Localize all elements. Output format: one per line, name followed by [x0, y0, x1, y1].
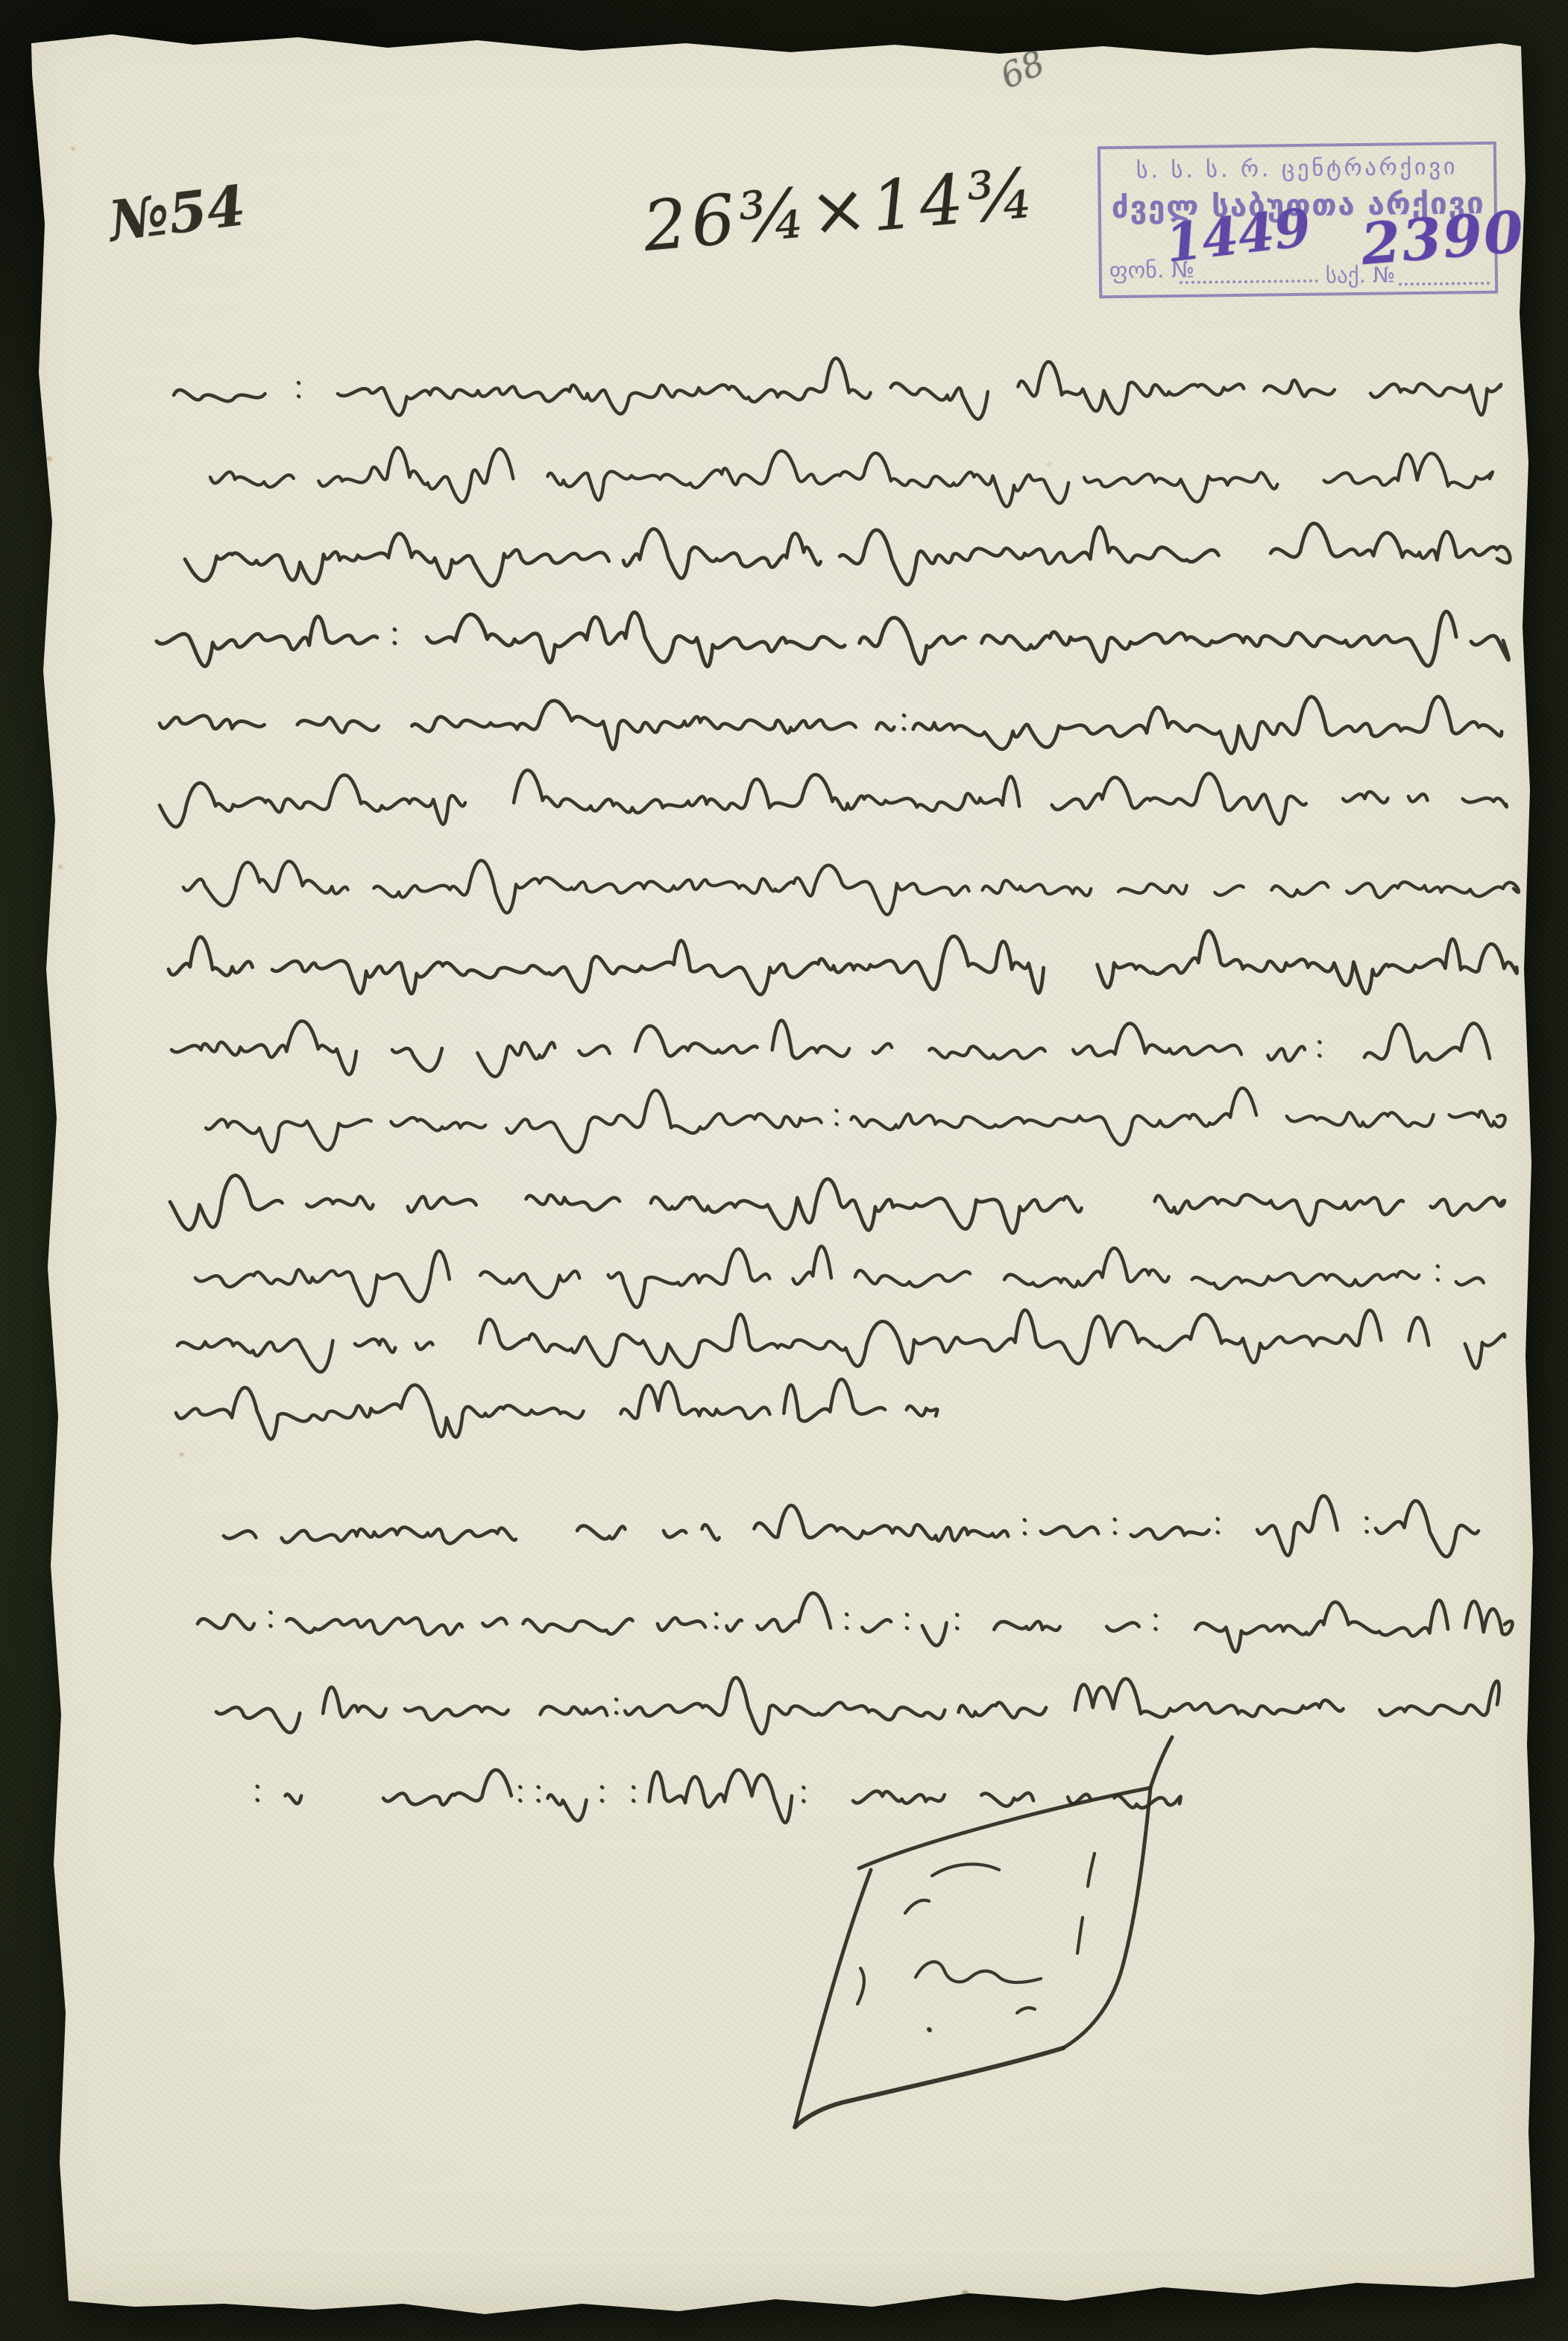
foxing-speck [71, 146, 75, 151]
handwritten-line [224, 1495, 1479, 1563]
foxing-speck [1047, 462, 1051, 466]
handwritten-line [171, 1018, 1490, 1080]
handwritten-line [216, 1676, 1499, 1734]
handwritten-line [160, 690, 1502, 754]
size-notation: 26¾×14¾ [640, 153, 1042, 267]
handwritten-line [174, 355, 1502, 423]
foxing-speck [962, 2290, 969, 2296]
dotted-line [1180, 280, 1318, 284]
stamp-case-number: 2390 [1358, 198, 1527, 278]
handwritten-line [198, 1591, 1513, 1653]
archive-page-number: №54 [105, 174, 249, 254]
foxing-speck [58, 865, 63, 869]
handwritten-line [177, 1308, 1505, 1373]
handwritten-line [170, 1175, 1505, 1234]
paper-surface: 68 №54 26¾×14¾ ს. ს. ს. რ. ცენტრარქივი ძ… [0, 0, 1568, 2341]
stamp-line1: ს. ს. ს. რ. ცენტრარქივი [1101, 154, 1493, 184]
scanned-document: 68 №54 26¾×14¾ ს. ს. ს. რ. ცენტრარქივი ძ… [0, 0, 1568, 2341]
handwritten-line [185, 523, 1511, 587]
dotted-line [1399, 282, 1490, 286]
handwritten-line [210, 447, 1493, 508]
pencil-note: 68 [995, 42, 1051, 96]
signature-flourish [795, 1737, 1172, 2127]
handwritten-line [183, 860, 1519, 916]
paper-sheet: 68 №54 26¾×14¾ ს. ს. ს. რ. ცენტრარქივი ძ… [0, 0, 1568, 2341]
foxing-speck [46, 456, 52, 461]
handwritten-line [157, 611, 1508, 667]
handwritten-line [206, 1086, 1505, 1154]
stamp-case-label: საქ. № [1326, 262, 1396, 288]
handwriting-lines [157, 355, 1519, 1824]
stamp-fond-label: ფონ. № [1109, 257, 1195, 284]
handwriting-layer [0, 0, 1568, 2341]
handwritten-line [176, 1379, 937, 1439]
handwritten-line [257, 1769, 1181, 1824]
foxing-speck [179, 1452, 184, 1457]
stamp-line2: ძველ საბუთთა არქივი [1104, 186, 1493, 225]
handwritten-line [169, 930, 1517, 996]
handwritten-line [195, 1247, 1484, 1308]
handwritten-line [160, 766, 1507, 828]
stamp-fond-number: 1449 [1162, 196, 1314, 274]
archive-stamp: ს. ს. ს. რ. ცენტრარქივი ძველ საბუთთა არქ… [1098, 142, 1498, 299]
